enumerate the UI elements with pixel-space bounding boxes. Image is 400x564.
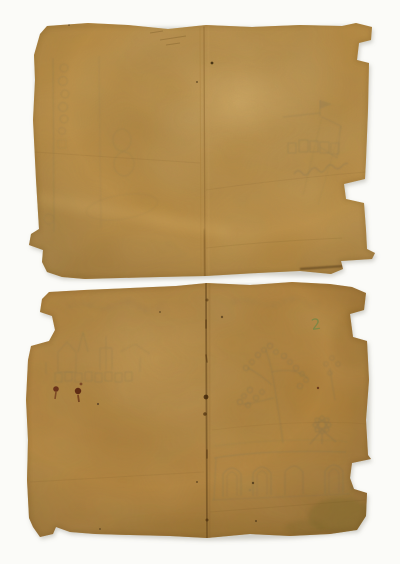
scan-canvas: 2 [0,0,400,564]
top-sheet [20,15,385,290]
scanned-sheets-image: 2 [0,0,400,564]
small-red-speck [317,387,319,389]
bottom-sheet: 2 [18,278,378,546]
top-sheet-grain [20,15,385,290]
